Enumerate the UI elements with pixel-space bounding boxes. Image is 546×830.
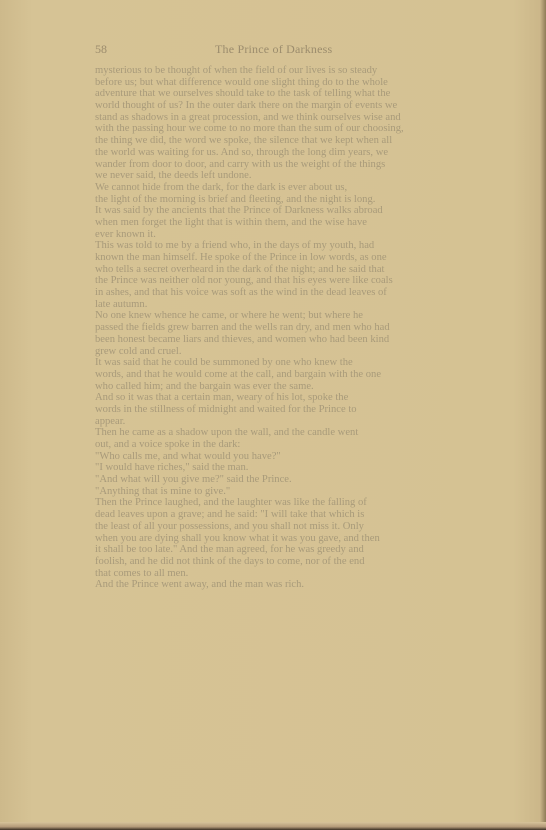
text-line: mysterious to be thought of when the fie… — [95, 65, 475, 77]
text-line: And the Prince went away, and the man wa… — [95, 579, 475, 591]
text-line: foolish, and he did not think of the day… — [95, 556, 475, 568]
text-line: ever known it. — [95, 229, 475, 241]
text-line: who called him; and the bargain was ever… — [95, 381, 475, 393]
text-line: with the passing hour we come to no more… — [95, 123, 475, 135]
text-line: And so it was that a certain man, weary … — [95, 392, 475, 404]
text-line: "I would have riches," said the man. — [95, 462, 475, 474]
text-line: passed the fields grew barren and the we… — [95, 322, 475, 334]
text-line: when men forget the light that is within… — [95, 217, 475, 229]
text-line: before us; but what difference would one… — [95, 77, 475, 89]
text-line: who tells a secret overheard in the dark… — [95, 264, 475, 276]
body-text: mysterious to be thought of when the fie… — [95, 65, 475, 591]
text-line: This was told to me by a friend who, in … — [95, 240, 475, 252]
text-line: known the man himself. He spoke of the P… — [95, 252, 475, 264]
text-line: It was said that he could be summoned by… — [95, 357, 475, 369]
text-line: been honest became liars and thieves, an… — [95, 334, 475, 346]
text-line: "And what will you give me?" said the Pr… — [95, 474, 475, 486]
text-line: dead leaves upon a grave; and he said: "… — [95, 509, 475, 521]
text-line: words in the stillness of midnight and w… — [95, 404, 475, 416]
text-line: out, and a voice spoke in the dark: — [95, 439, 475, 451]
text-line: adventure that we ourselves should take … — [95, 88, 475, 100]
text-line: We cannot hide from the dark, for the da… — [95, 182, 475, 194]
text-line: late autumn. — [95, 299, 475, 311]
text-line: in ashes, and that his voice was soft as… — [95, 287, 475, 299]
text-line: stand as shadows in a great procession, … — [95, 112, 475, 124]
page-number: 58 — [95, 42, 107, 57]
text-line: the least of all your possessions, and y… — [95, 521, 475, 533]
text-line: "Anything that is mine to give." — [95, 486, 475, 498]
text-line: that comes to all men. — [95, 568, 475, 580]
text-line: appear. — [95, 416, 475, 428]
text-line: No one knew whence he came, or where he … — [95, 310, 475, 322]
running-head: The Prince of Darkness — [215, 42, 332, 57]
text-line: it shall be too late." And the man agree… — [95, 544, 475, 556]
page-edge-right — [540, 0, 546, 830]
text-line: world thought of us? In the outer dark t… — [95, 100, 475, 112]
page-edge-bottom — [0, 822, 546, 830]
page-header: 58 The Prince of Darkness — [95, 42, 475, 58]
text-line: wander from door to door, and carry with… — [95, 159, 475, 171]
text-line: Then he came as a shadow upon the wall, … — [95, 427, 475, 439]
text-line: the Prince was neither old nor young, an… — [95, 275, 475, 287]
text-line: "Who calls me, and what would you have?" — [95, 451, 475, 463]
text-line: It was said by the ancients that the Pri… — [95, 205, 475, 217]
text-line: the light of the morning is brief and fl… — [95, 194, 475, 206]
text-line: the thing we did, the word we spoke, the… — [95, 135, 475, 147]
text-line: words, and that he would come at the cal… — [95, 369, 475, 381]
text-line: Then the Prince laughed, and the laughte… — [95, 497, 475, 509]
text-line: when you are dying shall you know what i… — [95, 533, 475, 545]
text-line: grew cold and cruel. — [95, 346, 475, 358]
text-line: the world was waiting for us. And so, th… — [95, 147, 475, 159]
text-line: we never said, the deeds left undone. — [95, 170, 475, 182]
book-page: 58 The Prince of Darkness mysterious to … — [0, 0, 546, 830]
